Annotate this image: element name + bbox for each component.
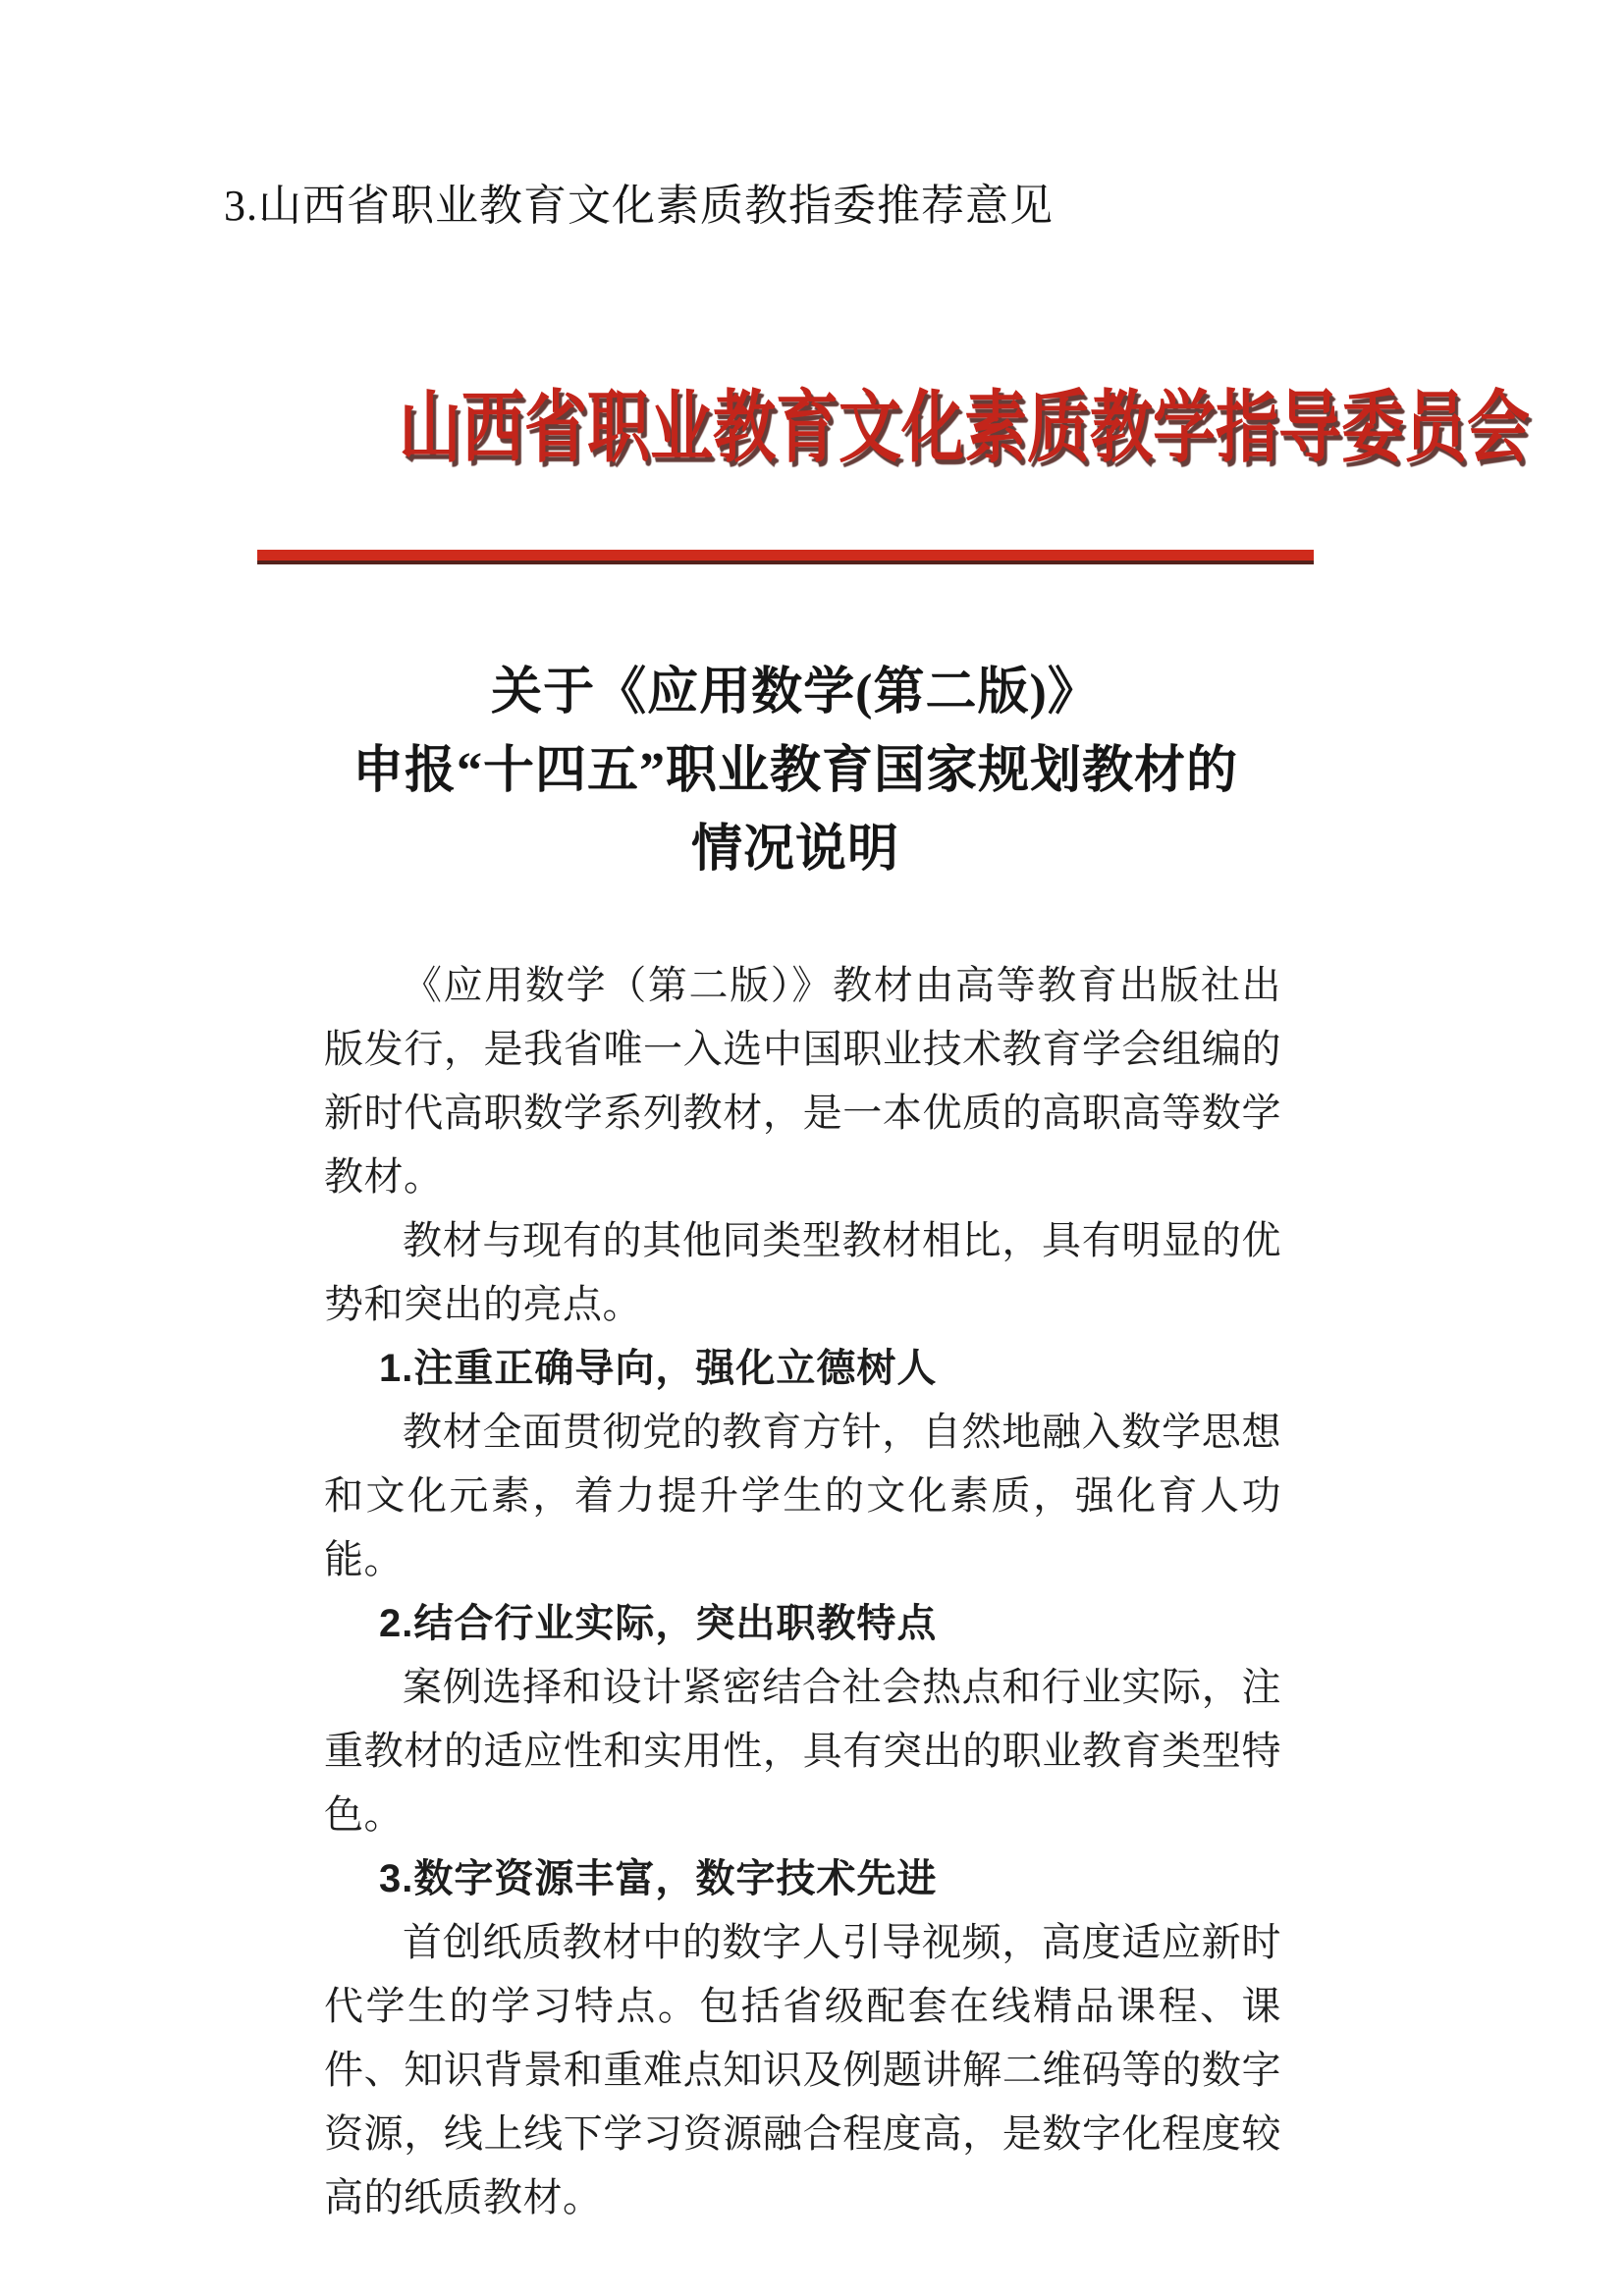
doc-body: 《应用数学（第二版）》教材由高等教育出版社出版发行，是我省唯一入选中国职业技术教… <box>324 954 1281 2230</box>
document-page: { "page": { "section_label": "3.山西省职业教育文… <box>0 0 1624 2296</box>
scanned-letter: 山西省职业教育文化素质教学指导委员会 关于《应用数学(第二版)》 申报“十四五”… <box>0 0 1624 2296</box>
doc-title: 关于《应用数学(第二版)》 申报“十四五”职业教育国家规划教材的 情况说明 <box>257 654 1333 889</box>
body-subheading-1: 1.注重正确导向，强化立德树人 <box>324 1337 1281 1401</box>
doc-title-line-3: 情况说明 <box>257 811 1333 889</box>
body-paragraph: 教材与现有的其他同类型教材相比，具有明显的优势和突出的亮点。 <box>324 1209 1281 1337</box>
letterhead-org-name: 山西省职业教育文化素质教学指导委员会 <box>399 386 1530 472</box>
letterhead: 山西省职业教育文化素质教学指导委员会 <box>257 386 1314 472</box>
doc-title-line-1: 关于《应用数学(第二版)》 <box>257 654 1333 732</box>
body-paragraph: 首创纸质教材中的数字人引导视频，高度适应新时代学生的学习特点。包括省级配套在线精… <box>324 1911 1281 2230</box>
body-paragraph: 案例选择和设计紧密结合社会热点和行业实际，注重教材的适应性和实用性，具有突出的职… <box>324 1656 1281 1847</box>
body-paragraph: 《应用数学（第二版）》教材由高等教育出版社出版发行，是我省唯一入选中国职业技术教… <box>324 954 1281 1209</box>
body-paragraph: 教材全面贯彻党的教育方针，自然地融入数学思想和文化元素，着力提升学生的文化素质，… <box>324 1401 1281 1592</box>
letterhead-rule <box>257 550 1314 564</box>
body-subheading-3: 3.数字资源丰富，数字技术先进 <box>324 1847 1281 1911</box>
body-subheading-2: 2.结合行业实际，突出职教特点 <box>324 1592 1281 1656</box>
doc-title-line-2: 申报“十四五”职业教育国家规划教材的 <box>257 732 1333 811</box>
